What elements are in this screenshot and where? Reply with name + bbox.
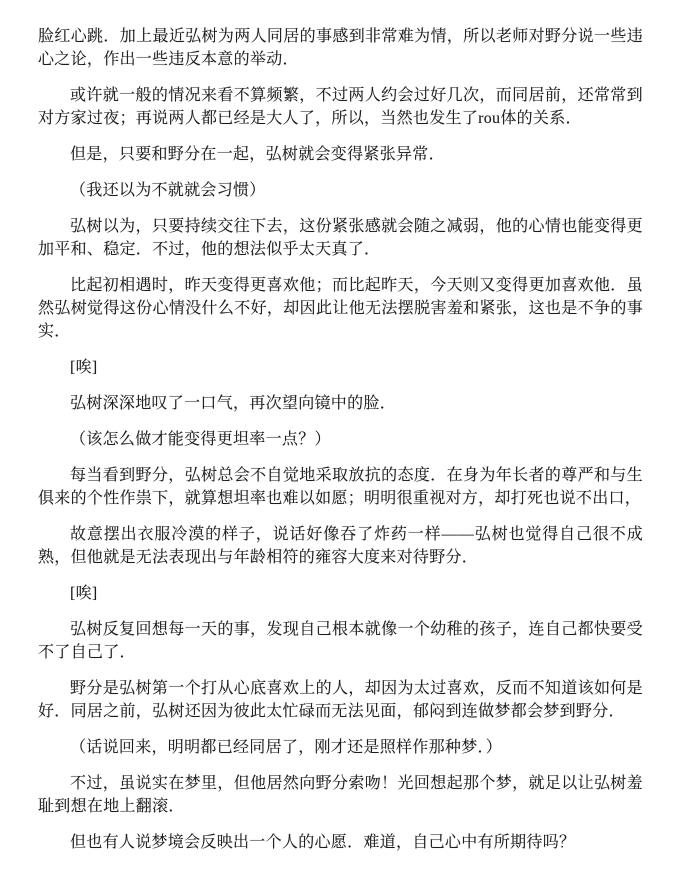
paragraph: 弘树以为，只要持续交往下去，这份紧张感就会随之减弱，他的心情也能变得更加平和、稳…	[38, 215, 643, 261]
paragraph: （话说回来，明明都已经同居了，刚才还是照样作那种梦．）	[38, 736, 643, 759]
page-text: 脸红心跳．加上最近弘树为两人同居的事感到非常难为情，所以老师对野分说一些违心之论…	[38, 25, 643, 854]
document-page: 脸红心跳．加上最近弘树为两人同居的事感到非常难为情，所以老师对野分说一些违心之论…	[0, 0, 680, 880]
paragraph: 每当看到野分，弘树总会不自觉地采取放抗的态度．在身为年长者的尊严和与生俱来的个性…	[38, 464, 643, 510]
paragraph: 比起初相遇时，昨天变得更喜欢他；而比起昨天，今天则又变得更加喜欢他．虽然弘树觉得…	[38, 274, 643, 343]
paragraph: 故意摆出衣服冷漠的样子，说话好像吞了炸药一样——弘树也觉得自己很不成熟，但他就是…	[38, 523, 643, 569]
paragraph: 或许就一般的情况来看不算频繁，不过两人约会过好几次，而同居前，还常常到对方家过夜…	[38, 84, 643, 130]
paragraph: 但也有人说梦境会反映出一个人的心愿．难道，自己心中有所期待吗？	[38, 831, 643, 854]
paragraph: 不过，虽说实在梦里，但他居然向野分索吻！光回想起那个梦，就足以让弘树羞耻到想在地…	[38, 772, 643, 818]
paragraph: [唉]	[38, 356, 643, 379]
paragraph: 弘树反复回想每一天的事，发现自己根本就像一个幼稚的孩子，连自己都快要受不了自己了…	[38, 618, 643, 664]
paragraph: 脸红心跳．加上最近弘树为两人同居的事感到非常难为情，所以老师对野分说一些违心之论…	[38, 25, 643, 71]
paragraph: 野分是弘树第一个打从心底喜欢上的人，却因为太过喜欢，反而不知道该如何是好．同居之…	[38, 677, 643, 723]
paragraph: （该怎么做才能变得更坦率一点？）	[38, 428, 643, 451]
paragraph: [唉]	[38, 582, 643, 605]
paragraph: 但是，只要和野分在一起，弘树就会变得紧张异常．	[38, 143, 643, 166]
paragraph: （我还以为不就就会习惯）	[38, 179, 643, 202]
paragraph: 弘树深深地叹了一口气，再次望向镜中的脸．	[38, 392, 643, 415]
